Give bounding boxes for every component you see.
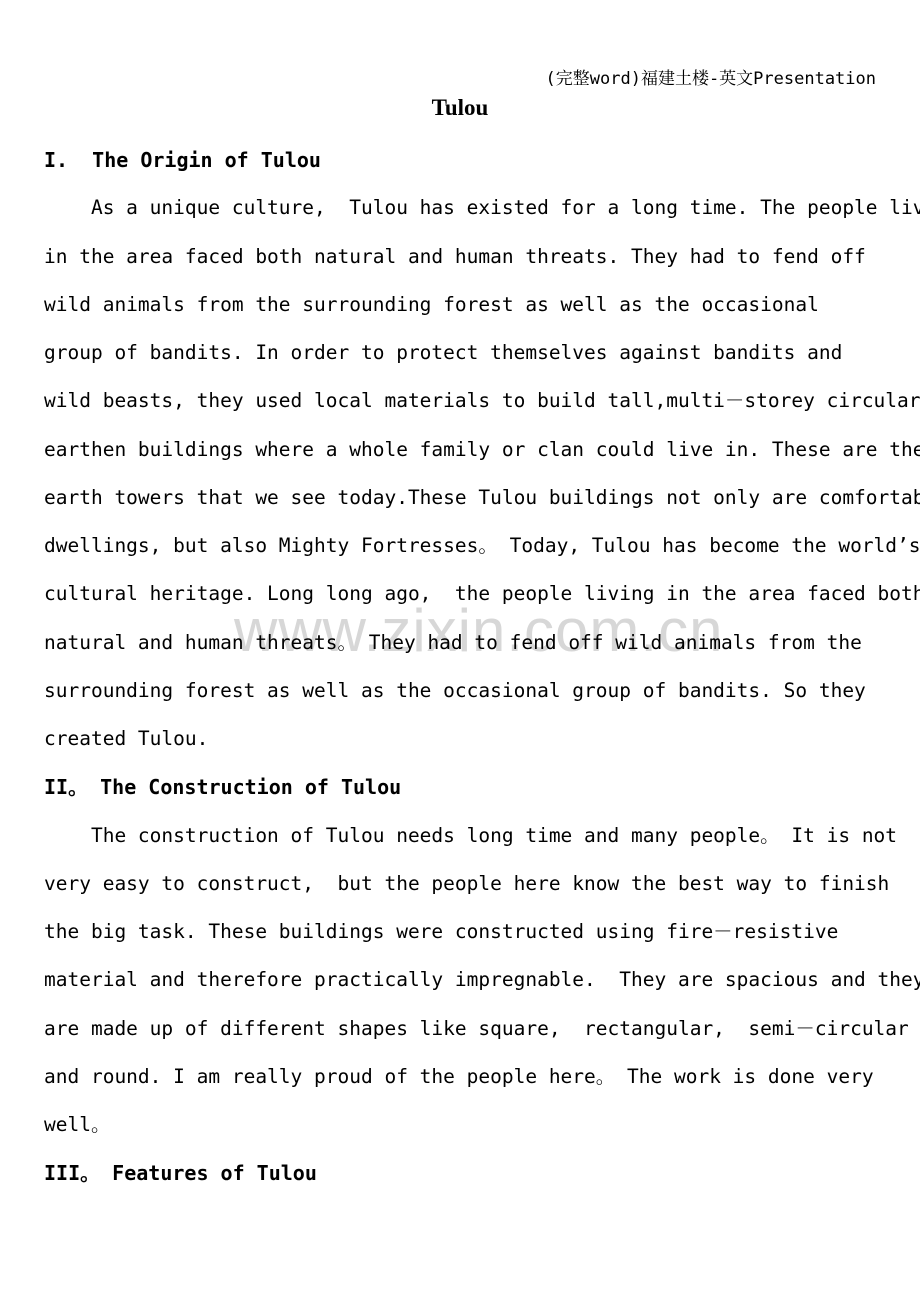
text-line: are made up of different shapes like squ… <box>44 1005 920 1053</box>
text-line: natural and human threats。 They had to f… <box>44 619 920 667</box>
text-line: created Tulou. <box>44 715 920 763</box>
section-heading: III。 Features of Tulou <box>44 1149 920 1197</box>
page-header-text: (完整word)福建土楼-英文Presentation <box>0 64 876 89</box>
text-line: in the area faced both natural and human… <box>44 233 920 281</box>
text-line: As a unique culture, Tulou has existed f… <box>44 184 920 232</box>
text-line: and round. I am really proud of the peop… <box>44 1053 920 1101</box>
text-line: surrounding forest as well as the occasi… <box>44 667 920 715</box>
text-line: very easy to construct, but the people h… <box>44 860 920 908</box>
document-title: Tulou <box>0 95 920 121</box>
document-body: I. The Origin of Tulou As a unique cultu… <box>44 136 920 1198</box>
section-heading: I. The Origin of Tulou <box>44 136 920 184</box>
text-line: earthen buildings where a whole family o… <box>44 426 920 474</box>
text-line: The construction of Tulou needs long tim… <box>44 812 920 860</box>
text-line: wild animals from the surrounding forest… <box>44 281 920 329</box>
section-heading: II。 The Construction of Tulou <box>44 763 920 811</box>
text-line: material and therefore practically impre… <box>44 956 920 1004</box>
text-line: the big task. These buildings were const… <box>44 908 920 956</box>
text-line: well。 <box>44 1101 920 1149</box>
text-line: group of bandits. In order to protect th… <box>44 329 920 377</box>
text-line: wild beasts, they used local materials t… <box>44 377 920 425</box>
text-line: earth towers that we see today.These Tul… <box>44 474 920 522</box>
text-line: cultural heritage. Long long ago, the pe… <box>44 570 920 618</box>
text-line: dwellings, but also Mighty Fortresses。 T… <box>44 522 920 570</box>
